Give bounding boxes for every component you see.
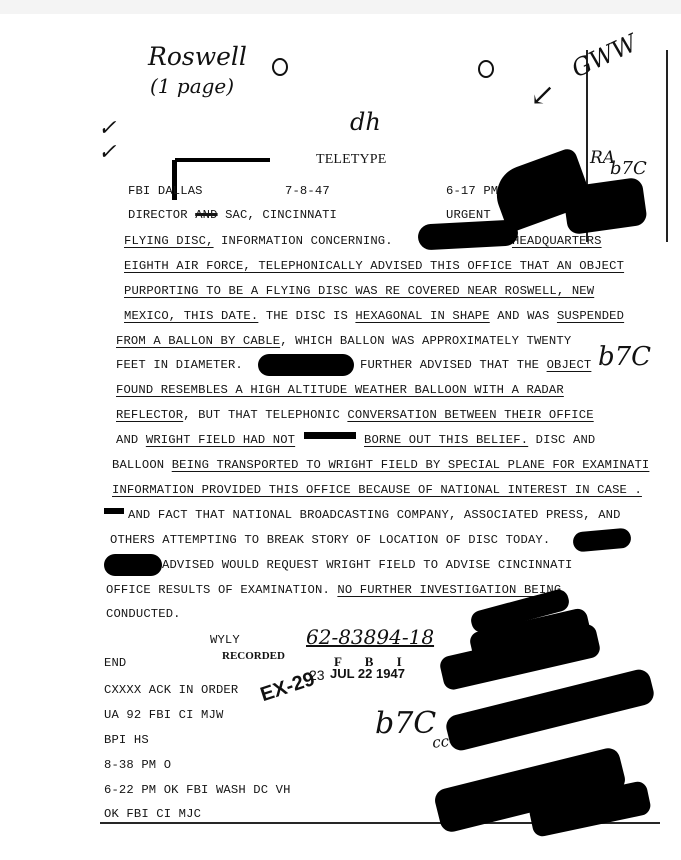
- log-line: OK FBI CI MJC: [104, 807, 201, 821]
- recipient-struck: AND: [195, 208, 217, 222]
- hole-punch-left: [272, 58, 288, 76]
- redaction-block: [417, 219, 518, 250]
- log-line: BPI HS: [104, 733, 149, 747]
- body-text: BALLOON: [112, 458, 172, 472]
- document-type: TELETYPE: [316, 152, 386, 168]
- handwritten-subtitle: (1 page): [150, 74, 234, 98]
- torn-edge: [100, 822, 660, 824]
- exemption-mark: b7C: [375, 706, 436, 741]
- log-line: END: [104, 656, 126, 670]
- date: 7-8-47: [285, 184, 330, 198]
- body-text: DISC AND: [528, 433, 595, 447]
- body-text: , WHICH BALLON WAS APPROXIMATELY TWENTY: [280, 334, 571, 348]
- body-line: FEET IN DIAMETER.: [116, 358, 243, 372]
- body-line: ADVISED WOULD REQUEST WRIGHT FIELD TO AD…: [162, 558, 573, 572]
- body-text: AND WAS: [490, 309, 557, 323]
- handwritten-initials: dh: [350, 108, 381, 136]
- body-text: AND: [116, 433, 146, 447]
- teletype-document: Roswell (1 page) dh ✓ ✓ ↙ GWW RA b7C TEL…: [0, 0, 681, 860]
- routing-box-border: [666, 50, 668, 242]
- body-text: INFORMATION CONCERNING.: [214, 234, 393, 248]
- body-text: OFFICE RESULTS OF EXAMINATION.: [106, 583, 337, 597]
- margin-note: GWW: [567, 29, 641, 83]
- redaction-block: [572, 528, 632, 553]
- body-text: SUSPENDED: [557, 309, 624, 323]
- redaction-block: [562, 177, 648, 236]
- body-line: PURPORTING TO BE A FLYING DISC WAS RE CO…: [124, 284, 594, 298]
- body-text: BORNE OUT THIS BELIEF.: [364, 433, 528, 447]
- body-line: FOUND RESEMBLES A HIGH ALTITUDE WEATHER …: [116, 383, 564, 397]
- body-line: MEXICO, THIS DATE. THE DISC IS HEXAGONAL…: [124, 309, 624, 323]
- body-text: NO FURTHER INVESTIGATION BEING: [337, 583, 561, 597]
- recorded-stamp: RECORDED: [222, 650, 285, 662]
- scan-top-margin: [0, 0, 681, 14]
- time: 6-17 PM: [446, 184, 498, 198]
- recipient-prefix: DIRECTOR: [128, 208, 188, 222]
- log-line: 6-22 PM OK FBI WASH DC VH: [104, 783, 291, 797]
- body-text: AND FACT THAT NATIONAL BROADCASTING COMP…: [128, 508, 621, 522]
- sender: FBI DALLAS: [128, 184, 203, 198]
- body-line: CONDUCTED.: [106, 607, 181, 621]
- body-line: EIGHTH AIR FORCE, TELEPHONICALLY ADVISED…: [124, 259, 624, 273]
- check-mark-icon: ✓: [98, 116, 116, 141]
- check-mark-icon: ✓: [98, 140, 116, 165]
- redaction-mark: [175, 158, 270, 162]
- body-text: CONVERSATION BETWEEN THEIR OFFICE: [347, 408, 593, 422]
- body-line: AND WRIGHT FIELD HAD NOT: [116, 433, 295, 447]
- date-stamp-number: 23: [309, 667, 325, 683]
- body-text: ADVISED WOULD REQUEST WRIGHT FIELD TO AD…: [162, 558, 573, 572]
- body-line: INFORMATION PROVIDED THIS OFFICE BECAUSE…: [112, 483, 642, 497]
- body-text: WRIGHT FIELD HAD NOT: [146, 433, 295, 447]
- redaction-block: [104, 508, 124, 514]
- wyly-stamp: WYLY: [210, 633, 240, 647]
- body-line: FLYING DISC, INFORMATION CONCERNING.: [124, 234, 393, 248]
- body-line: HEADQUARTERS: [512, 234, 602, 248]
- body-text: EIGHTH AIR FORCE: [124, 259, 243, 273]
- body-line: OFFICE RESULTS OF EXAMINATION. NO FURTHE…: [106, 583, 561, 597]
- hole-punch-right: [478, 60, 494, 78]
- log-line: UA 92 FBI CI MJW: [104, 708, 223, 722]
- body-line: BALLOON BEING TRANSPORTED TO WRIGHT FIEL…: [112, 458, 649, 472]
- body-line: AND FACT THAT NATIONAL BROADCASTING COMP…: [128, 508, 621, 522]
- body-line: REFLECTOR, BUT THAT TELEPHONIC CONVERSAT…: [116, 408, 594, 422]
- body-line: FROM A BALLON BY CABLE, WHICH BALLON WAS…: [116, 334, 571, 348]
- body-text: INFORMATION PROVIDED THIS OFFICE BECAUSE…: [112, 483, 642, 497]
- redaction-block: [304, 432, 356, 439]
- log-line: 8-38 PM O: [104, 758, 171, 772]
- redaction-block: [258, 354, 354, 376]
- body-line: BORNE OUT THIS BELIEF. DISC AND: [364, 433, 595, 447]
- body-line: OTHERS ATTEMPTING TO BREAK STORY OF LOCA…: [110, 533, 550, 547]
- body-text: , TELEPHONICALLY ADVISED THIS OFFICE THA…: [243, 259, 624, 273]
- body-text: PURPORTING TO BE A FLYING DISC WAS RE CO…: [124, 284, 594, 298]
- margin-note: b7C: [610, 158, 647, 179]
- handwritten-title: Roswell: [148, 42, 247, 71]
- recipient: DIRECTOR AND SAC, CINCINNATI: [128, 208, 337, 222]
- body-text: , BUT THAT TELEPHONIC: [183, 408, 347, 422]
- body-text: REFLECTOR: [116, 408, 183, 422]
- body-text: HEADQUARTERS: [512, 234, 602, 248]
- body-text: BEING TRANSPORTED TO WRIGHT FIELD BY SPE…: [172, 458, 650, 472]
- recipient-suffix: SAC, CINCINNATI: [225, 208, 337, 222]
- body-text: THE DISC IS: [258, 309, 355, 323]
- date-stamp: JUL 22 1947: [330, 666, 405, 681]
- body-text: FLYING DISC,: [124, 234, 214, 248]
- priority: URGENT: [446, 208, 491, 222]
- body-text: CONDUCTED.: [106, 607, 181, 621]
- arrow-mark-icon: ↙: [530, 78, 555, 113]
- body-text: FURTHER ADVISED THAT THE: [360, 358, 547, 372]
- body-text: FROM A BALLON BY CABLE: [116, 334, 280, 348]
- body-text: OTHERS ATTEMPTING TO BREAK STORY OF LOCA…: [110, 533, 550, 547]
- file-number: 62-83894-18: [306, 625, 434, 649]
- log-line: CXXXX ACK IN ORDER: [104, 683, 238, 697]
- body-text: HEXAGONAL IN SHAPE: [355, 309, 489, 323]
- body-text: OBJECT: [547, 358, 592, 372]
- exemption-mark: b7C: [598, 342, 651, 372]
- body-text: FEET IN DIAMETER.: [116, 358, 243, 372]
- body-text: MEXICO, THIS DATE.: [124, 309, 258, 323]
- body-text: FOUND RESEMBLES A HIGH ALTITUDE WEATHER …: [116, 383, 564, 397]
- redaction-block: [104, 554, 162, 576]
- body-line: FURTHER ADVISED THAT THE OBJECT: [360, 358, 591, 372]
